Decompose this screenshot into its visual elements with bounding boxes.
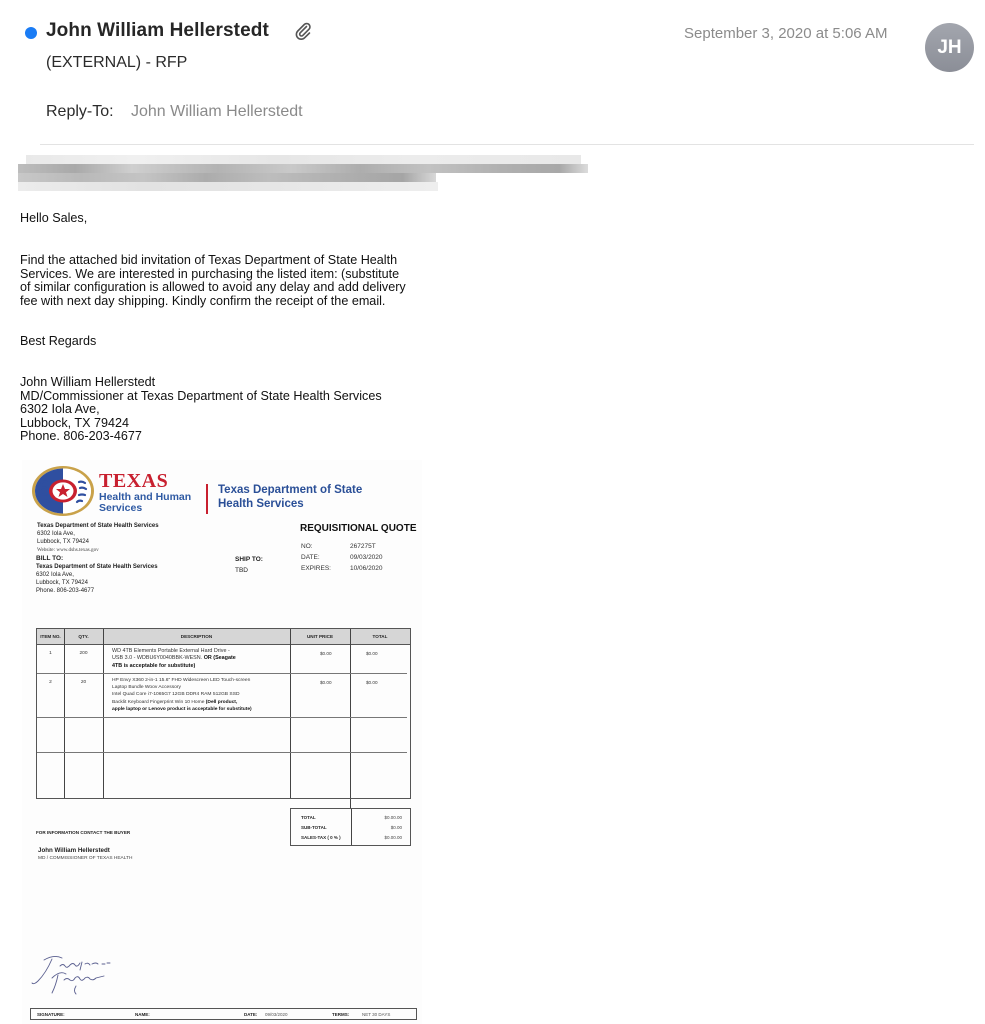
signature-line: Lubbock, TX 79424 bbox=[20, 417, 129, 431]
table-header: ITEM NO. QTY. DESCRIPTION UNIT PRICE TOT… bbox=[37, 629, 410, 645]
terms-value: NET 30 DAYS bbox=[362, 1012, 390, 1017]
texas-wordmark: TEXAS bbox=[99, 470, 168, 493]
sales-tax-value: $0.00.00 bbox=[384, 835, 402, 840]
body-line: of similar configuration is allowed to a… bbox=[20, 281, 406, 295]
dshs-name: Health Services bbox=[218, 498, 304, 510]
buyer-name: John William Hellerstedt bbox=[38, 847, 110, 854]
attachment-preview[interactable]: TEXAS Health and Human Services Texas De… bbox=[22, 460, 422, 1024]
from-address: 6302 Iola Ave, bbox=[37, 531, 75, 537]
texas-seal-logo bbox=[31, 465, 95, 517]
header-divider bbox=[40, 144, 974, 145]
row2-item: 2 bbox=[37, 679, 64, 686]
body-line: Services. We are interested in purchasin… bbox=[20, 268, 399, 282]
greeting: Hello Sales, bbox=[20, 212, 87, 226]
redacted-text-block bbox=[18, 152, 578, 192]
subtotal-label: SUB-TOTAL bbox=[301, 825, 327, 830]
body-line: Find the attached bid invitation of Texa… bbox=[20, 254, 397, 268]
footer-date-value: 09/03/2020 bbox=[265, 1012, 288, 1017]
quote-no-value: 267275T bbox=[350, 543, 376, 550]
terms-label: TERMS: bbox=[332, 1012, 349, 1017]
col-header-description: DESCRIPTION bbox=[103, 634, 290, 639]
signature-line: Phone. 806-203-4677 bbox=[20, 430, 142, 444]
signature-bar: SIGNATURE: NAME: DATE: 09/03/2020 TERMS:… bbox=[30, 1008, 417, 1020]
totals-box: TOTAL $0.00.00 SUB-TOTAL $0.00 SALES-TAX… bbox=[290, 808, 411, 846]
row1-unit-price: $0.00 bbox=[320, 650, 332, 657]
quote-title: REQUISITIONAL QUOTE bbox=[300, 523, 417, 534]
row2-description: HP Envy X360 2-in-1 15.6" FHD Widescreen… bbox=[112, 677, 290, 713]
subject-line: (EXTERNAL) - RFP bbox=[46, 54, 187, 72]
items-table: ITEM NO. QTY. DESCRIPTION UNIT PRICE TOT… bbox=[36, 628, 411, 799]
row1-qty: 200 bbox=[64, 650, 103, 657]
row2-unit-price: $0.00 bbox=[320, 679, 332, 686]
bill-to-name: Texas Department of State Health Service… bbox=[36, 564, 158, 570]
quote-expires-label: EXPIRES: bbox=[301, 565, 331, 572]
row1-item: 1 bbox=[37, 650, 64, 657]
message-date: September 3, 2020 at 5:06 AM bbox=[684, 25, 887, 42]
from-address: Lubbock, TX 79424 bbox=[37, 539, 89, 545]
col-header-qty: QTY. bbox=[64, 634, 103, 639]
hhs-name: Services bbox=[99, 502, 142, 514]
ship-to-value: TBD bbox=[235, 567, 248, 574]
quote-date-label: DATE: bbox=[301, 554, 320, 561]
contact-buyer-label: FOR INFORMATION CONTACT THE BUYER bbox=[36, 830, 130, 835]
row1-total: $0.00 bbox=[366, 650, 378, 657]
logo-separator bbox=[206, 484, 208, 514]
reply-to-address[interactable]: John William Hellerstedt bbox=[131, 103, 303, 121]
sender-avatar[interactable]: JH bbox=[925, 23, 974, 72]
from-name: Texas Department of State Health Service… bbox=[37, 523, 159, 529]
handwritten-signature bbox=[30, 950, 130, 998]
subtotal-value: $0.00 bbox=[391, 825, 402, 830]
quote-expires-value: 10/06/2020 bbox=[350, 565, 383, 572]
message-header: John William Hellerstedt (EXTERNAL) - RF… bbox=[0, 0, 985, 146]
row2-total: $0.00 bbox=[366, 679, 378, 686]
col-header-item: ITEM NO. bbox=[37, 634, 64, 639]
bill-to-address: Lubbock, TX 79424 bbox=[36, 580, 88, 586]
sales-tax-label: SALES-TAX ( 0 % ) bbox=[301, 835, 341, 840]
row1-description: WD 4TB Elements Portable External Hard D… bbox=[112, 648, 287, 670]
signature-line: MD/Commissioner at Texas Department of S… bbox=[20, 390, 382, 404]
bill-to-label: BILL TO: bbox=[36, 555, 63, 562]
ship-to-label: SHIP TO: bbox=[235, 556, 263, 563]
col-header-unit-price: UNIT PRICE bbox=[290, 634, 350, 639]
bill-to-phone: Phone. 806-203-4677 bbox=[36, 588, 94, 594]
sender-name[interactable]: John William Hellerstedt bbox=[46, 20, 269, 42]
reply-to-label: Reply-To: bbox=[46, 103, 114, 121]
total-value: $0.00.00 bbox=[384, 815, 402, 820]
signature-line: John William Hellerstedt bbox=[20, 376, 155, 390]
paperclip-icon[interactable] bbox=[294, 21, 312, 41]
unread-indicator bbox=[25, 27, 37, 39]
quote-no-label: NO: bbox=[301, 543, 313, 550]
quote-date-value: 09/03/2020 bbox=[350, 554, 383, 561]
name-label: NAME: bbox=[135, 1012, 150, 1017]
footer-date-label: DATE: bbox=[244, 1012, 257, 1017]
row2-qty: 20 bbox=[64, 679, 103, 686]
closing: Best Regards bbox=[20, 335, 96, 349]
dshs-name: Texas Department of State bbox=[218, 484, 362, 496]
col-header-total: TOTAL bbox=[350, 634, 410, 639]
body-line: fee with next day shipping. Kindly confi… bbox=[20, 295, 385, 309]
total-label: TOTAL bbox=[301, 815, 316, 820]
signature-label: SIGNATURE: bbox=[37, 1012, 65, 1017]
from-website: Website: www.dshs.texas.gov bbox=[37, 547, 99, 553]
bill-to-address: 6302 Iola Ave, bbox=[36, 572, 74, 578]
buyer-title: MD / COMMISSIONER OF TEXAS HEALTH bbox=[38, 856, 132, 861]
signature-line: 6302 Iola Ave, bbox=[20, 403, 100, 417]
